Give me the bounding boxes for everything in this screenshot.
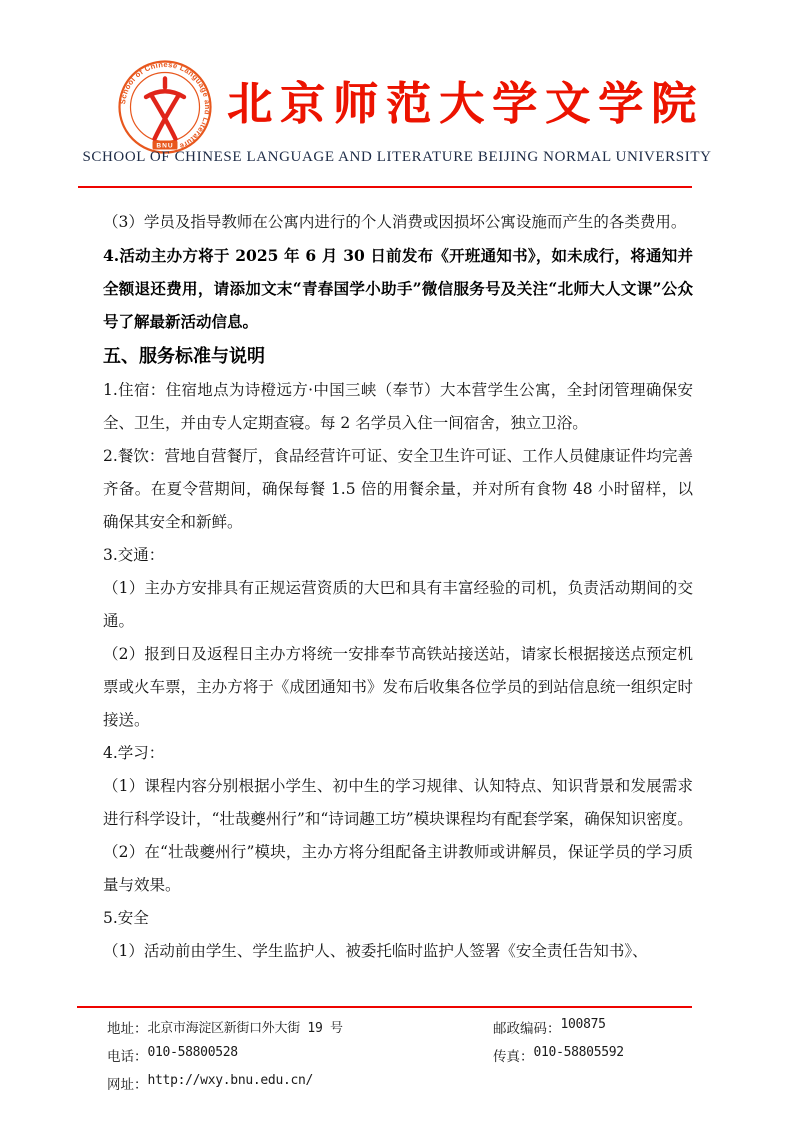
para-fee-item-3: （3）学员及指导教师在公寓内进行的个人消费或因损坏公寓设施而产生的各类费用。 [103, 206, 693, 239]
phone-label: 电话： [107, 1045, 148, 1065]
para-safety-1: （1）活动前由学生、学生监护人、被委托临时监护人签署《安全责任告知书》、 [103, 935, 693, 968]
website-label: 网址： [107, 1073, 148, 1093]
document-body: （3）学员及指导教师在公寓内进行的个人消费或因损坏公寓设施而产生的各类费用。4.… [103, 206, 693, 968]
para-study-label: 4.学习： [103, 737, 693, 770]
para-transport-1: （1）主办方安排具有正规运营资质的大巴和具有丰富经验的司机，负责活动期间的交通。 [103, 572, 693, 638]
footer-divider-rule [77, 1006, 692, 1008]
header-divider-rule [78, 186, 692, 188]
para-transport-2: （2）报到日及返程日主办方将统一安排奉节高铁站接送站，请家长根据接送点预定机票或… [103, 638, 693, 737]
website-value: http://wxy.bnu.edu.cn/ [148, 1073, 314, 1093]
address-value: 北京市海淀区新街口外大街 19 号 [148, 1017, 343, 1037]
para-transport-label: 3.交通： [103, 539, 693, 572]
postcode-label: 邮政编码： [493, 1017, 561, 1037]
school-title-chinese: 北京师范大学文学院 [227, 74, 667, 136]
para-refund-notice: 4.活动主办方将于 2025 年 6 月 30 日前发布《开班通知书》，如未成行… [103, 239, 693, 338]
footer-row-3: 网址： http://wxy.bnu.edu.cn/ [107, 1069, 717, 1097]
para-safety-label: 5.安全 [103, 902, 693, 935]
heading-section-5: 五、服务标准与说明 [103, 340, 693, 373]
letterhead-footer: 地址： 北京市海淀区新街口外大街 19 号 邮政编码： 100875 电话： 0… [107, 1013, 717, 1097]
phone-value: 010-58800528 [148, 1045, 238, 1065]
fax-label: 传真： [493, 1045, 534, 1065]
school-title-english: SCHOOL OF CHINESE LANGUAGE AND LITERATUR… [78, 149, 716, 166]
document-page: School of Chinese Language and Literatur… [0, 0, 794, 1123]
logo-wen-glyph [146, 79, 184, 140]
bnu-logo-icon: School of Chinese Language and Literatur… [112, 60, 218, 160]
para-accommodation: 1.住宿：住宿地点为诗橙远方·中国三峡（奉节）大本营学生公寓，全封闭管理确保安全… [103, 374, 693, 440]
para-study-1: （1）课程内容分别根据小学生、初中生的学习规律、认知特点、知识背景和发展需求进行… [103, 770, 693, 836]
para-dining: 2.餐饮：营地自营餐厅，食品经营许可证、安全卫生许可证、工作人员健康证件均完善齐… [103, 440, 693, 539]
footer-row-1: 地址： 北京市海淀区新街口外大街 19 号 邮政编码： 100875 [107, 1013, 717, 1041]
para-study-2: （2）在“壮哉夔州行”模块，主办方将分组配备主讲教师或讲解员，保证学员的学习质量… [103, 836, 693, 902]
postcode-value: 100875 [561, 1017, 606, 1037]
fax-value: 010-58805592 [534, 1045, 624, 1065]
address-label: 地址： [107, 1017, 148, 1037]
footer-row-2: 电话： 010-58800528 传真： 010-58805592 [107, 1041, 717, 1069]
bnu-school-logo: School of Chinese Language and Literatur… [112, 60, 218, 160]
